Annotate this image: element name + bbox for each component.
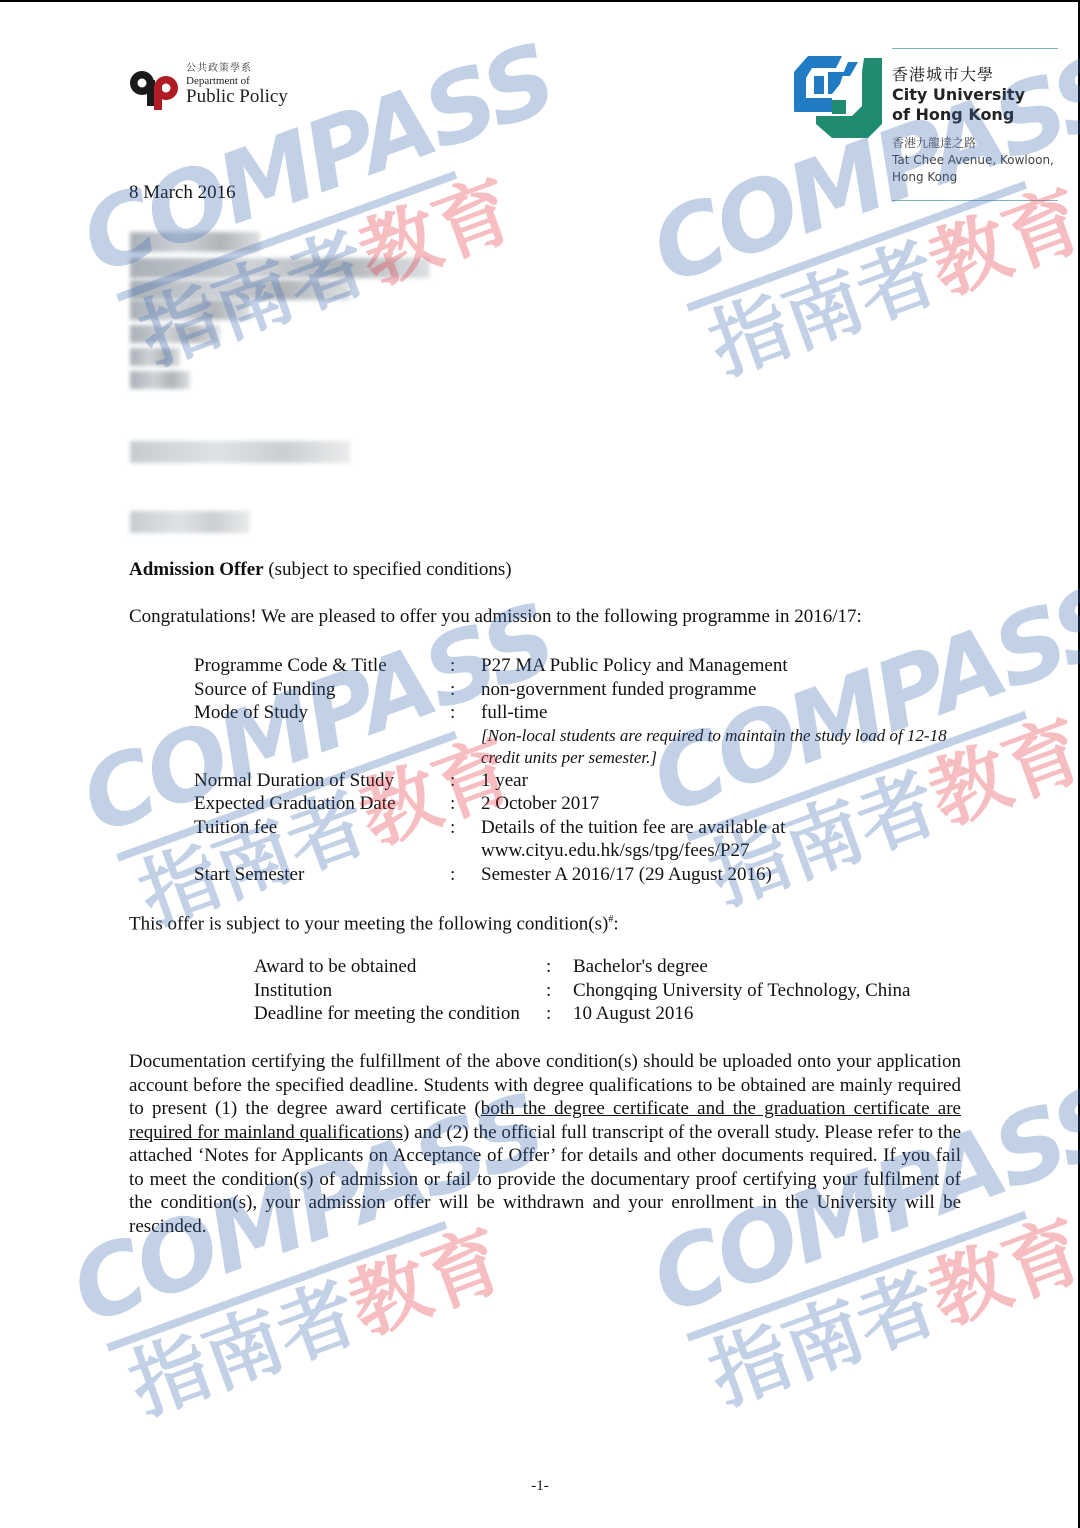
application-number-redacted (130, 441, 350, 463)
department-name-cn: 公共政策學系 (186, 64, 288, 74)
letter-intro: Congratulations! We are pleased to offer… (129, 605, 862, 629)
field-label: Expected Graduation Date (194, 792, 450, 816)
cityu-emblem-icon (792, 54, 884, 140)
field-value: non-government funded programme (481, 678, 951, 702)
divider (892, 48, 1058, 49)
field-value: 2 October 2017 (481, 792, 951, 816)
conditions-table: Award to be obtained : Bachelor's degree… (254, 955, 910, 1026)
table-row: Normal Duration of Study : 1 year (194, 769, 951, 793)
page-border-top (0, 0, 1080, 2)
university-logo: 香港城市大學 City University of Hong Kong 香港九龍… (792, 48, 1058, 202)
field-label: Institution (254, 979, 546, 1003)
university-name-line1: City University (892, 85, 1054, 105)
address-line2: Hong Kong (892, 169, 1054, 186)
page-number: -1- (0, 1478, 1080, 1495)
letter-date: 8 March 2016 (129, 181, 236, 205)
table-row: Programme Code & Title : P27 MA Public P… (194, 654, 951, 678)
table-row: Start Semester : Semester A 2016/17 (29 … (194, 863, 951, 887)
programme-details-table: Programme Code & Title : P27 MA Public P… (194, 654, 951, 886)
table-row: Source of Funding : non-government funde… (194, 678, 951, 702)
university-name-cn: 香港城市大學 (892, 62, 1054, 85)
salutation-redacted (130, 511, 250, 533)
field-value: Details of the tuition fee are available… (481, 816, 951, 840)
ap-logo-icon (128, 68, 182, 112)
table-row: Mode of Study : full-time [Non-local stu… (194, 701, 951, 769)
university-name-line2: of Hong Kong (892, 105, 1054, 125)
table-row: Award to be obtained : Bachelor's degree (254, 955, 910, 979)
table-row: Institution : Chongqing University of Te… (254, 979, 910, 1003)
field-label: Award to be obtained (254, 955, 546, 979)
divider (892, 200, 1058, 201)
field-label: Tuition fee (194, 816, 450, 863)
field-value: Semester A 2016/17 (29 August 2016) (481, 863, 951, 887)
field-value: 10 August 2016 (573, 1002, 693, 1026)
department-logo: 公共政策學系 Department of Public Policy (128, 64, 288, 112)
study-load-note: [Non-local students are required to main… (481, 725, 951, 769)
conditions-intro: This offer is subject to your meeting th… (129, 908, 619, 936)
address-line1: Tat Chee Avenue, Kowloon, (892, 152, 1054, 169)
department-name-line2: Public Policy (186, 87, 288, 106)
field-label: Source of Funding (194, 678, 450, 702)
table-row: Deadline for meeting the condition : 10 … (254, 1002, 910, 1026)
address-cn: 香港九龍達之路 (892, 135, 1054, 152)
field-label: Mode of Study (194, 701, 450, 769)
field-value: 1 year (481, 769, 951, 793)
field-label: Deadline for meeting the condition (254, 1002, 546, 1026)
table-row: Expected Graduation Date : 2 October 201… (194, 792, 951, 816)
subject-title: Admission Offer (129, 559, 264, 580)
documentation-paragraph: Documentation certifying the fulfillment… (129, 1050, 961, 1238)
field-value: P27 MA Public Policy and Management (481, 654, 951, 678)
tuition-fee-link[interactable]: www.cityu.edu.hk/sgs/tpg/fees/P27 (481, 839, 951, 863)
field-label: Programme Code & Title (194, 654, 450, 678)
subject-qualifier: (subject to specified conditions) (264, 559, 512, 580)
table-row: Tuition fee : Details of the tuition fee… (194, 816, 951, 863)
field-value: full-time (481, 701, 951, 725)
letter-subject: Admission Offer (subject to specified co… (129, 558, 512, 582)
field-label: Start Semester (194, 863, 450, 887)
field-value: Chongqing University of Technology, Chin… (573, 979, 910, 1003)
field-label: Normal Duration of Study (194, 769, 450, 793)
field-value: Bachelor's degree (573, 955, 708, 979)
